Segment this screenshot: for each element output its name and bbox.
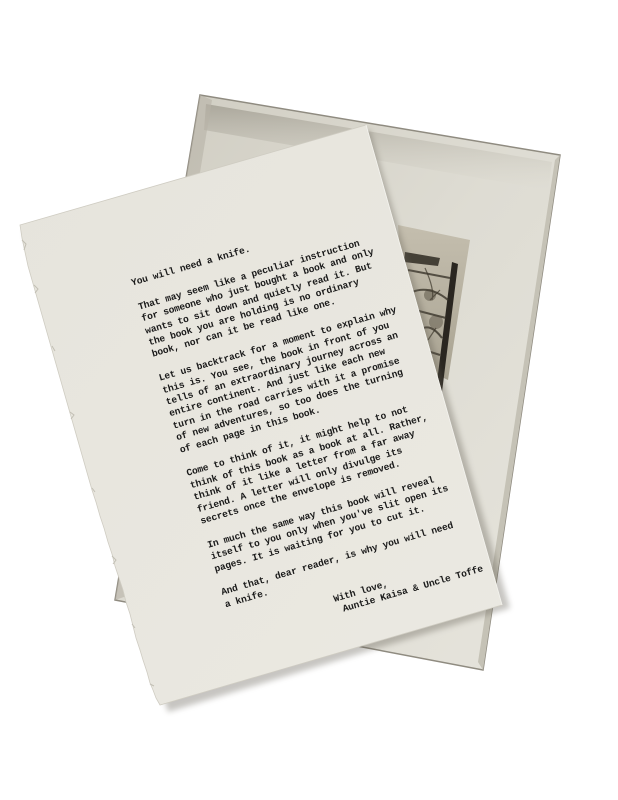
product-photo-scene: You will need a knife. That may seem lik… bbox=[0, 0, 618, 800]
